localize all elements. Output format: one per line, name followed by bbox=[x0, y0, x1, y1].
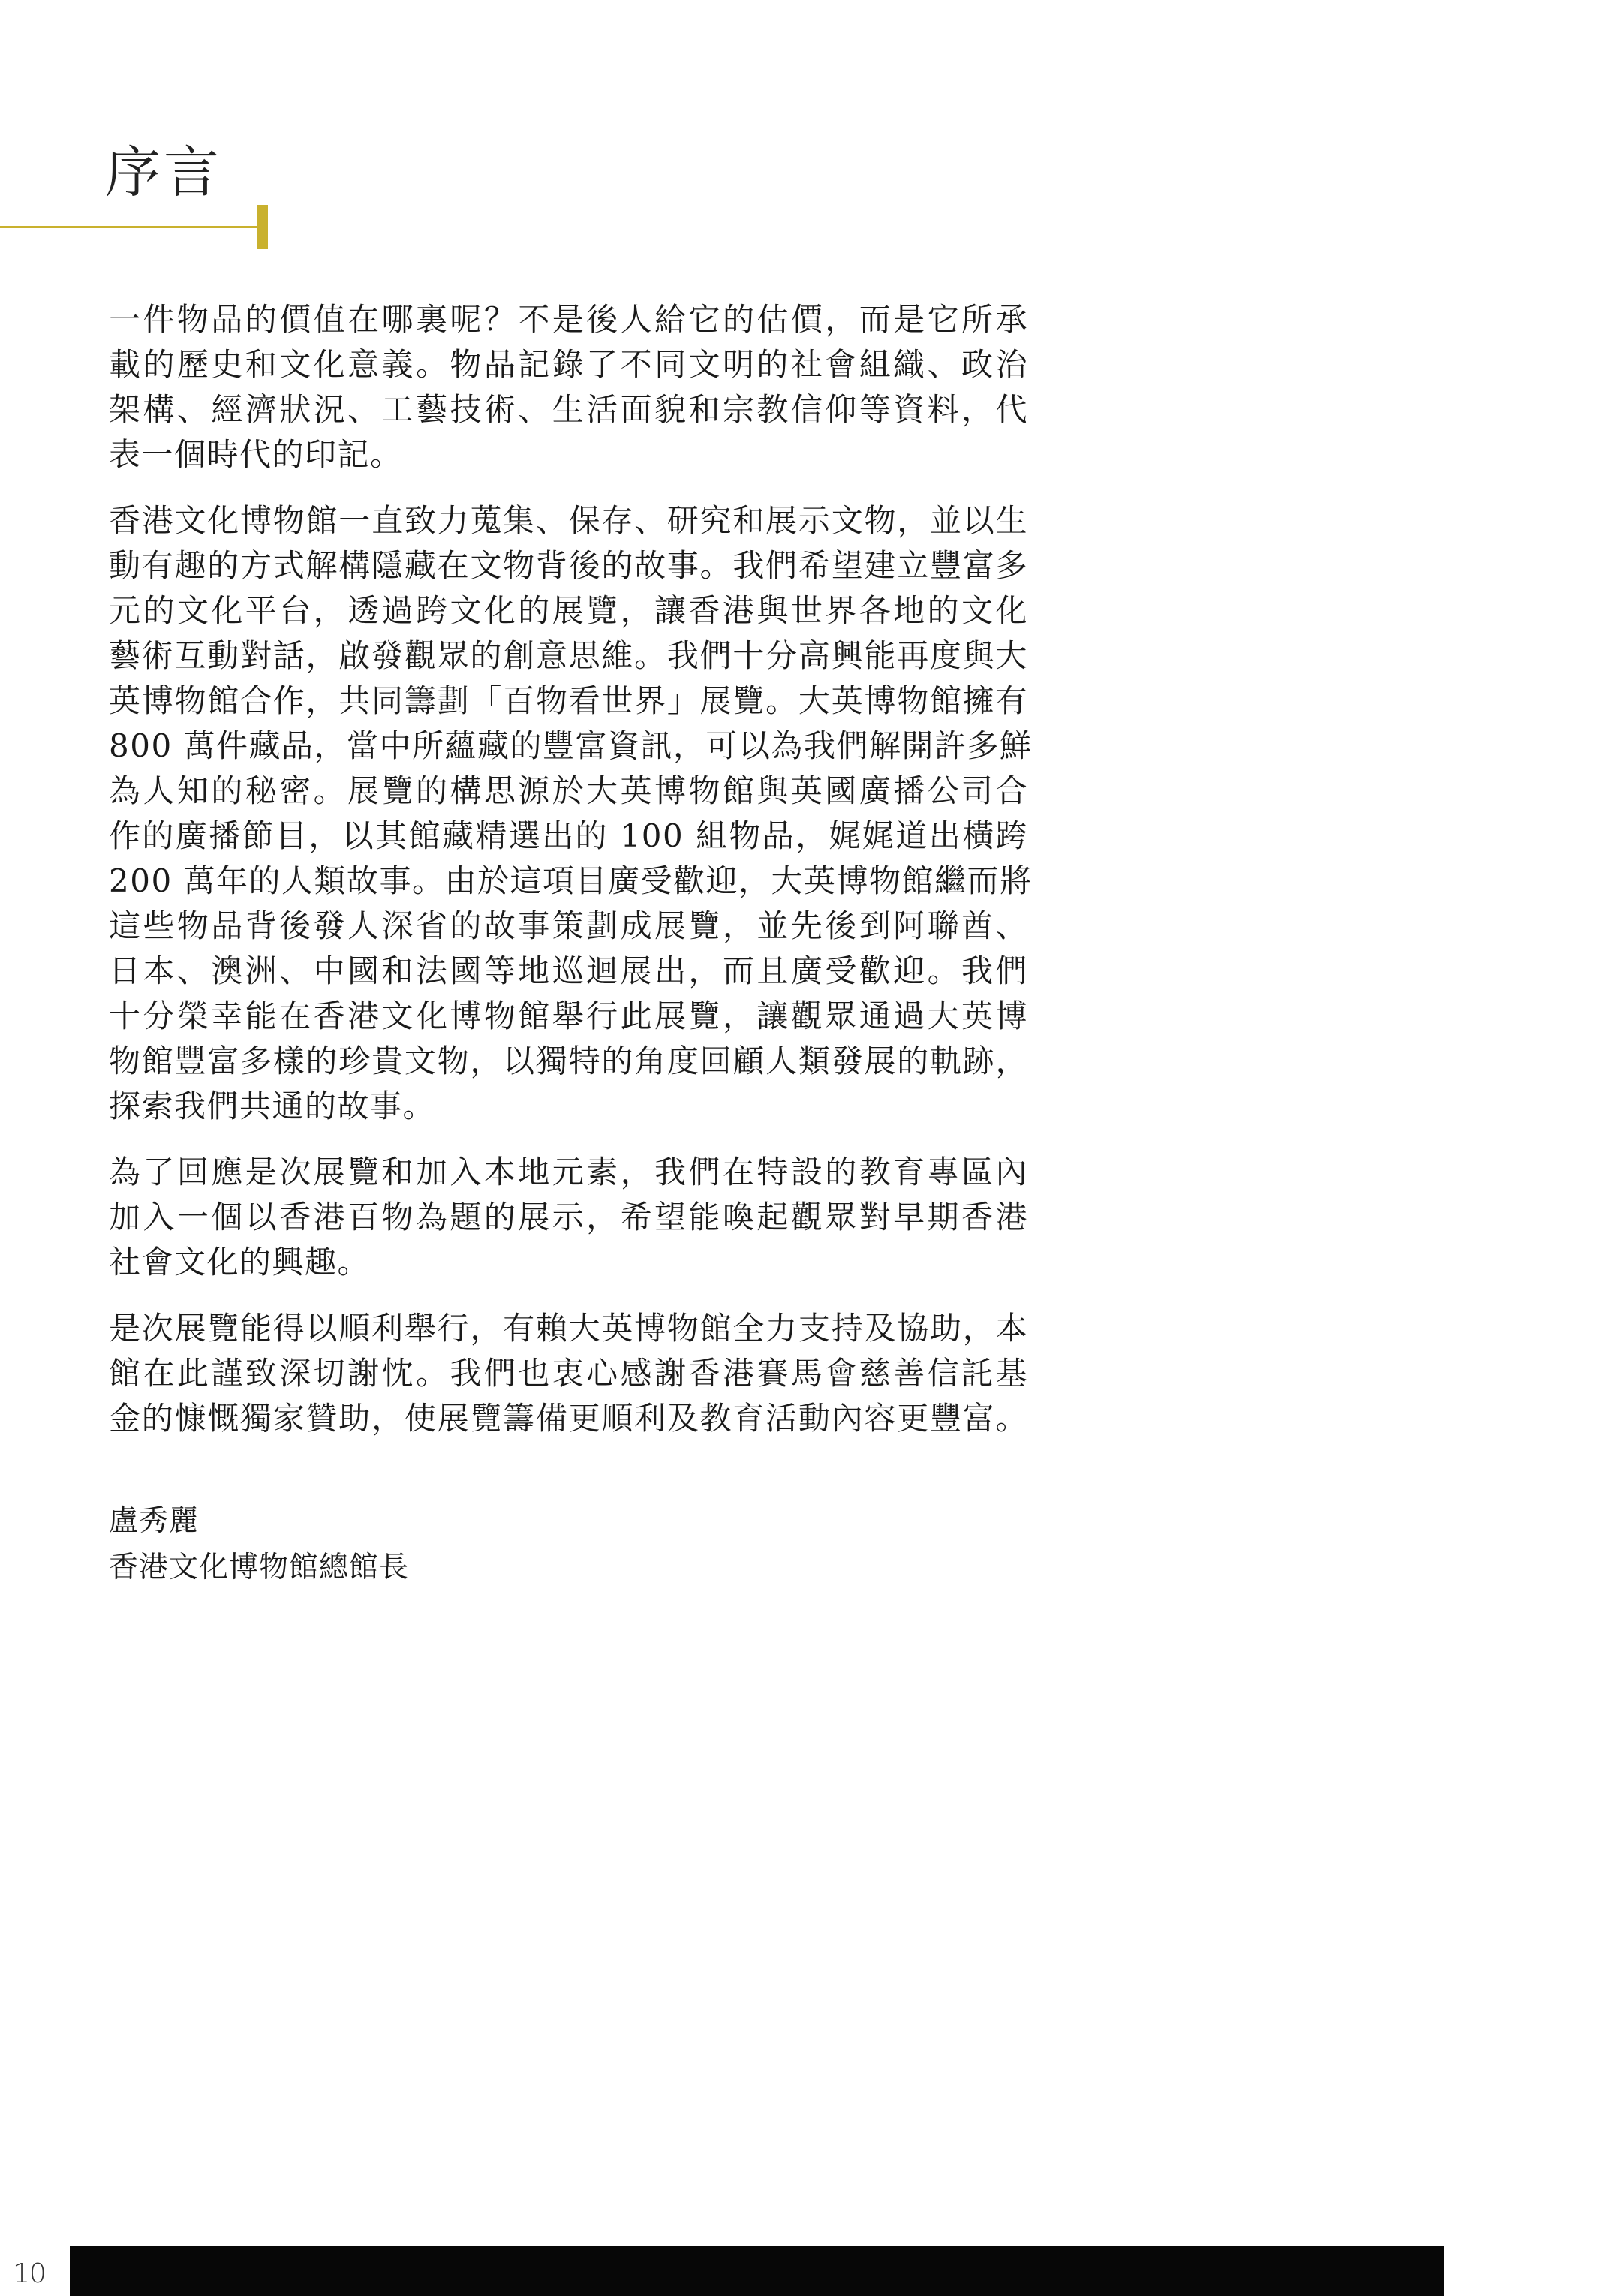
text-line: 這些物品背後發人深省的故事策劃成展覽，並先後到阿聯酋、 bbox=[109, 904, 1028, 949]
signatory-position: 香港文化博物館總館長 bbox=[109, 1545, 409, 1591]
text-line: 一件物品的價值在哪裏呢？不是後人給它的估價，而是它所承 bbox=[109, 297, 1028, 342]
text-line: 社會文化的興趣。 bbox=[109, 1240, 1028, 1285]
page-title: 序言 bbox=[105, 135, 222, 210]
paragraph-4: 是次展覽能得以順利舉行，有賴大英博物館全力支持及協助，本 館在此謹致深切謝忱。我… bbox=[109, 1306, 1028, 1441]
text-line: 是次展覽能得以順利舉行，有賴大英博物館全力支持及協助，本 bbox=[109, 1306, 1028, 1351]
text-line: 為了回應是次展覽和加入本地元素，我們在特設的教育專區內 bbox=[109, 1150, 1028, 1195]
signature-block: 盧秀麗 香港文化博物館總館長 bbox=[109, 1498, 409, 1591]
title-underline-rule bbox=[0, 226, 259, 228]
text-line: 加入一個以香港百物為題的展示，希望能喚起觀眾對早期香港 bbox=[109, 1195, 1028, 1240]
text-line: 十分榮幸能在香港文化博物館舉行此展覽，讓觀眾通過大英博 bbox=[109, 994, 1028, 1039]
text-line: 元的文化平台，透過跨文化的展覽，讓香港與世界各地的文化 bbox=[109, 588, 1028, 633]
text-line: 200 萬年的人類故事。由於這項目廣受歡迎，大英博物館繼而將 bbox=[109, 859, 1028, 904]
paragraph-2: 香港文化博物館一直致力蒐集、保存、研究和展示文物，並以生 動有趣的方式解構隱藏在… bbox=[109, 498, 1028, 1129]
text-line: 日本、澳洲、中國和法國等地巡迴展出，而且廣受歡迎。我們 bbox=[109, 949, 1028, 994]
signatory-name: 盧秀麗 bbox=[109, 1498, 409, 1545]
text-line: 館在此謹致深切謝忱。我們也衷心感謝香港賽馬會慈善信託基 bbox=[109, 1351, 1028, 1396]
paragraph-3: 為了回應是次展覽和加入本地元素，我們在特設的教育專區內 加入一個以香港百物為題的… bbox=[109, 1150, 1028, 1285]
footer-black-bar bbox=[70, 2246, 1444, 2296]
text-line: 800 萬件藏品，當中所蘊藏的豐富資訊，可以為我們解開許多鮮 bbox=[109, 724, 1028, 769]
text-line: 英博物館合作，共同籌劃「百物看世界」展覽。大英博物館擁有 bbox=[109, 679, 1028, 724]
text-line: 載的歷史和文化意義。物品記錄了不同文明的社會組織、政治 bbox=[109, 342, 1028, 387]
text-line: 香港文化博物館一直致力蒐集、保存、研究和展示文物，並以生 bbox=[109, 498, 1028, 543]
text-line: 金的慷慨獨家贊助，使展覽籌備更順利及教育活動內容更豐富。 bbox=[109, 1396, 1028, 1441]
preface-body: 一件物品的價值在哪裏呢？不是後人給它的估價，而是它所承 載的歷史和文化意義。物品… bbox=[109, 297, 1028, 1462]
text-line: 藝術互動對話，啟發觀眾的創意思維。我們十分高興能再度與大 bbox=[109, 633, 1028, 679]
paragraph-1: 一件物品的價值在哪裏呢？不是後人給它的估價，而是它所承 載的歷史和文化意義。物品… bbox=[109, 297, 1028, 477]
page-number: 10 bbox=[13, 2258, 46, 2291]
title-rule-end-bar bbox=[257, 205, 268, 249]
text-line: 動有趣的方式解構隱藏在文物背後的故事。我們希望建立豐富多 bbox=[109, 543, 1028, 588]
text-line: 探索我們共通的故事。 bbox=[109, 1084, 1028, 1129]
text-line: 架構、經濟狀況、工藝技術、生活面貌和宗教信仰等資料，代 bbox=[109, 387, 1028, 432]
text-line: 作的廣播節目，以其館藏精選出的 100 組物品，娓娓道出橫跨 bbox=[109, 814, 1028, 859]
text-line: 物館豐富多樣的珍貴文物，以獨特的角度回顧人類發展的軌跡， bbox=[109, 1039, 1028, 1084]
text-line: 為人知的秘密。展覽的構思源於大英博物館與英國廣播公司合 bbox=[109, 769, 1028, 814]
text-line: 表一個時代的印記。 bbox=[109, 432, 1028, 477]
